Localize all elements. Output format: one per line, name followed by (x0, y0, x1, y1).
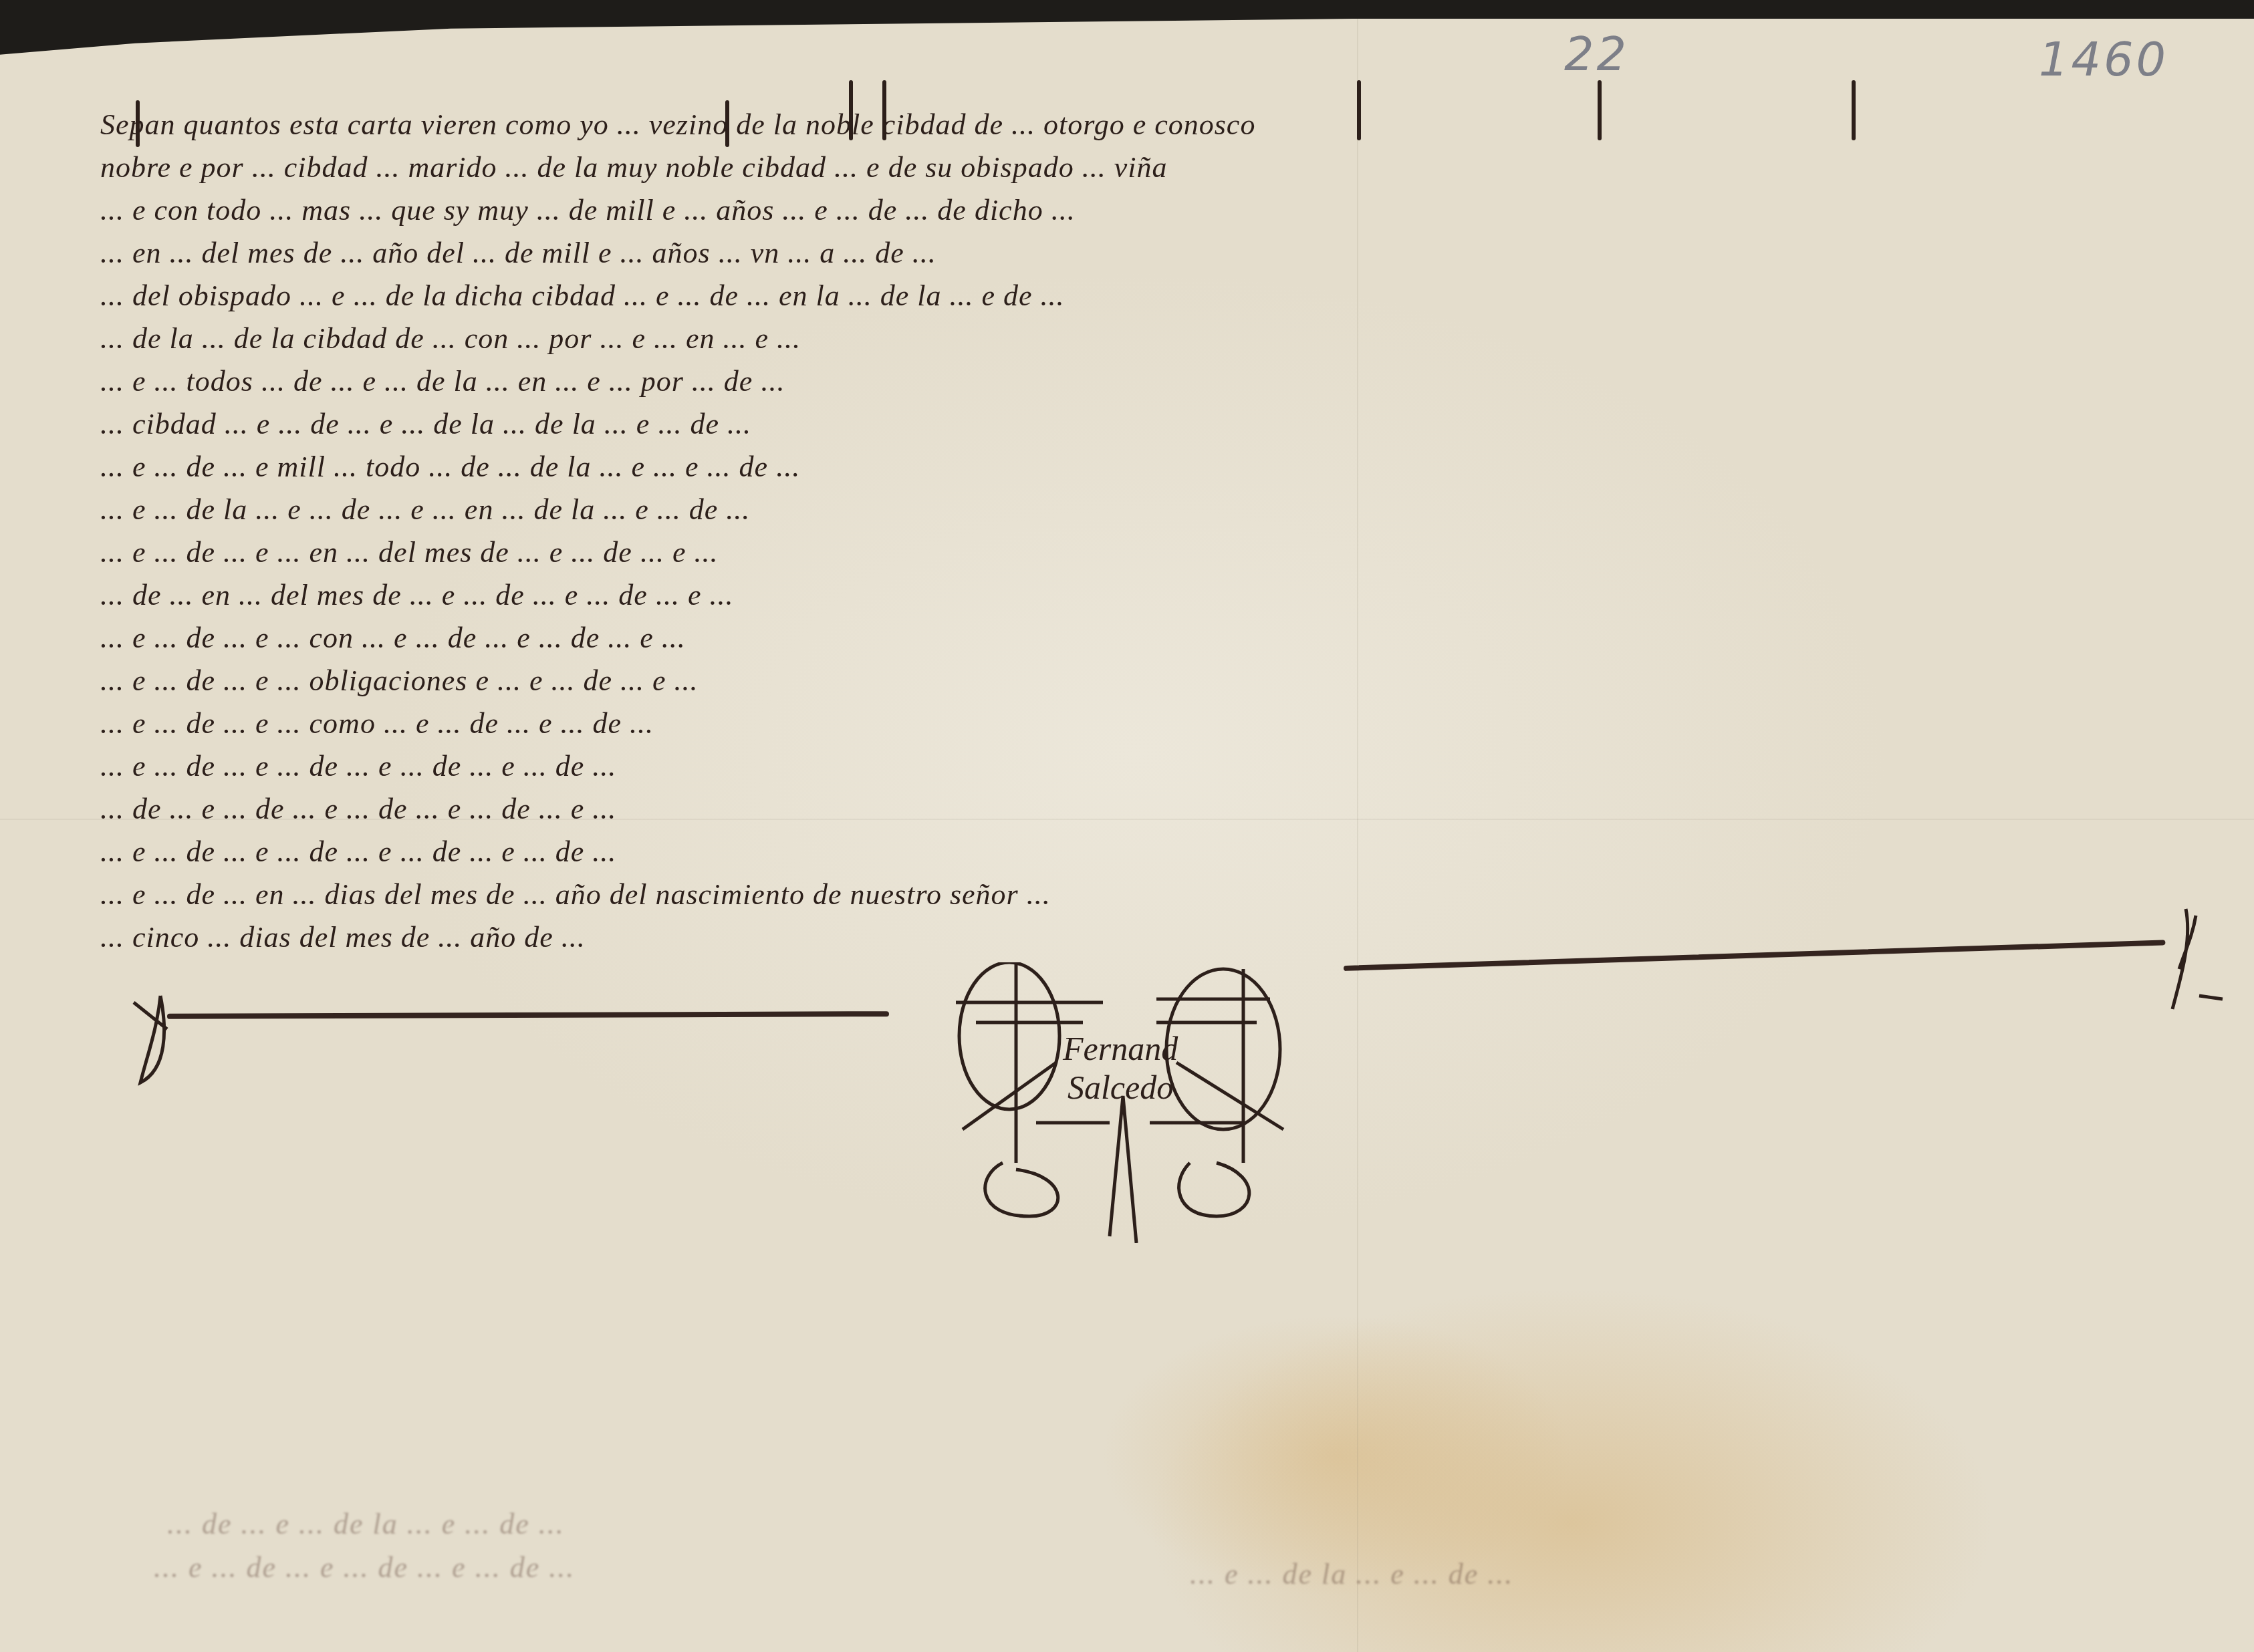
faded-text-line: ... de ... e ... de la ... e ... de ... (167, 1507, 565, 1541)
manuscript-body: Sepan quantos esta carta vieren como yo … (100, 104, 2159, 959)
text-line: ... e ... de ... e mill ... todo ... de … (100, 446, 2159, 489)
text-line: ... del obispado ... e ... de la dicha c… (100, 275, 2159, 317)
notarial-signature: Fernand Salcedo (936, 962, 1310, 1243)
text-line: ... e ... de la ... e ... de ... e ... e… (100, 489, 2159, 531)
text-line: ... e con todo ... mas ... que sy muy ..… (100, 189, 2159, 232)
text-line: ... e ... de ... e ... como ... e ... de… (100, 702, 2159, 745)
faded-text-line: ... e ... de ... e ... de ... e ... de .… (154, 1550, 575, 1585)
text-line: ... e ... de ... en ... dias del mes de … (100, 873, 2159, 916)
text-line: ... cibdad ... e ... de ... e ... de la … (100, 403, 2159, 446)
text-line: ... de la ... de la cibdad de ... con ..… (100, 317, 2159, 360)
text-line: ... e ... de ... e ... de ... e ... de .… (100, 831, 2159, 873)
text-line: ... de ... en ... del mes de ... e ... d… (100, 574, 2159, 617)
signature-name-line: Fernand (1063, 1029, 1178, 1068)
faded-text-line: ... e ... de la ... e ... de ... (1190, 1557, 1513, 1591)
text-line: ... e ... de ... e ... de ... e ... de .… (100, 745, 2159, 788)
closing-line: ... cinco ... dias del mes de ... año de… (100, 916, 1370, 959)
text-line: ... e ... de ... e ... obligaciones e ..… (100, 660, 2159, 702)
signature-name-line: Salcedo (1063, 1068, 1178, 1107)
text-line: ... e ... de ... e ... con ... e ... de … (100, 617, 2159, 660)
flourish-left-icon (120, 989, 201, 1089)
folio-number: 22 (1564, 27, 1629, 82)
text-line: nobre e por ... cibdad ... marido ... de… (100, 146, 2159, 189)
text-line: ... e ... de ... e ... en ... del mes de… (100, 531, 2159, 574)
year-annotation: 1460 (2039, 32, 2168, 87)
flourish-right-icon (2166, 889, 2246, 1022)
text-line: Sepan quantos esta carta vieren como yo … (100, 104, 2159, 146)
text-line: ... de ... e ... de ... e ... de ... e .… (100, 788, 2159, 831)
text-line: ... e ... todos ... de ... e ... de la .… (100, 360, 2159, 403)
text-line: ... en ... del mes de ... año del ... de… (100, 232, 2159, 275)
